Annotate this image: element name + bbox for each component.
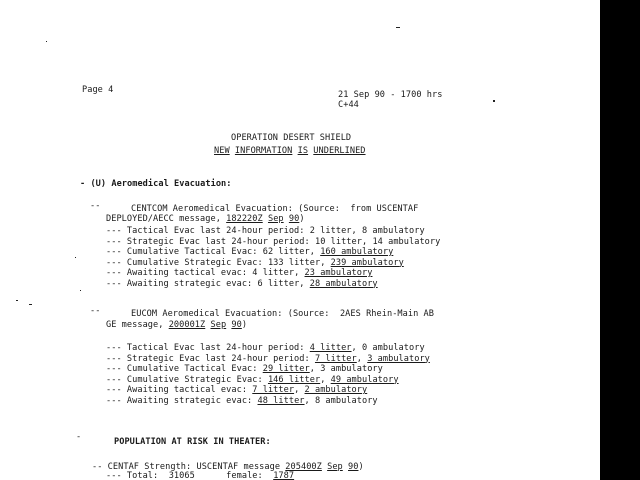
evac-stat-line: --- Cumulative Tactical Evac: 29 litter,… (106, 364, 383, 374)
ambulatory-count: 8 ambulatory (315, 396, 378, 406)
scan-speck (396, 27, 400, 28)
centaf-month: Sep (327, 462, 343, 472)
ambulatory-count: 3 ambulatory (320, 364, 383, 374)
source-year: 90 (289, 214, 299, 224)
ambulatory-count: 28 ambulatory (310, 279, 378, 289)
ambulatory-count: 23 ambulatory (305, 268, 373, 278)
centaf-close: ) (358, 462, 363, 472)
evac-stat-label: --- Strategic Evac last 24-hour period: (106, 354, 315, 364)
subtitle-word: INFORMATION (235, 146, 292, 156)
total-value: 31065 (169, 471, 195, 480)
litter-count: 62 litter (263, 247, 310, 257)
eucom-bullet: -- (90, 306, 100, 316)
source-close: ) (242, 320, 247, 330)
ambulatory-count: 0 ambulatory (362, 343, 425, 353)
evac-stat-line: --- Awaiting tactical evac: 4 litter, 23… (106, 268, 372, 278)
separator: , (320, 375, 330, 385)
source-year: 90 (231, 320, 241, 330)
total-label: --- Total: (106, 471, 158, 480)
ambulatory-count: 3 ambulatory (367, 354, 430, 364)
evac-stat-line: --- Tactical Evac last 24-hour period: 2… (106, 226, 425, 236)
evac-stat-label: --- Strategic Evac last 24-hour period: (106, 237, 315, 247)
evac-stat-label: --- Awaiting strategic evac: (106, 396, 258, 406)
female-label: female: (226, 471, 263, 480)
litter-count: 29 litter (263, 364, 310, 374)
ambulatory-count: 2 ambulatory (305, 385, 368, 395)
litter-count: 6 litter (258, 279, 300, 289)
evac-stat-line: --- Tactical Evac last 24-hour period: 4… (106, 343, 425, 353)
report-datetime: 21 Sep 90 - 1700 hrs (338, 90, 442, 100)
litter-count: 10 litter (315, 237, 362, 247)
litter-count: 7 litter (315, 354, 357, 364)
subtitle-word: UNDERLINED (313, 146, 365, 156)
scan-speck (80, 290, 81, 291)
litter-count: 146 litter (268, 375, 320, 385)
evac-stat-label: --- Awaiting strategic evac: (106, 279, 258, 289)
source-text: DEPLOYED/AECC message, (106, 214, 226, 224)
separator: , (294, 385, 304, 395)
scan-speck (46, 41, 47, 42)
page-number: Page 4 (82, 85, 113, 95)
evac-stat-line: --- Strategic Evac last 24-hour period: … (106, 354, 430, 364)
source-month: Sep (211, 320, 227, 330)
source-close: ) (299, 214, 304, 224)
ambulatory-count: 160 ambulatory (320, 247, 393, 257)
document-page: Page 4 21 Sep 90 - 1700 hrs C+44 OPERATI… (0, 0, 600, 480)
evac-stat-label: --- Cumulative Strategic Evac: (106, 375, 268, 385)
ambulatory-count: 8 ambulatory (362, 226, 425, 236)
separator: , (357, 354, 367, 364)
separator: , (294, 268, 304, 278)
litter-count: 133 litter (268, 258, 320, 268)
scan-speck (493, 100, 495, 102)
separator: , (352, 343, 362, 353)
evac-stat-line: --- Cumulative Tactical Evac: 62 litter,… (106, 247, 393, 257)
scan-border (600, 0, 640, 480)
evac-stat-label: --- Awaiting tactical evac: (106, 268, 252, 278)
ambulatory-count: 14 ambulatory (372, 237, 440, 247)
eucom-intro: EUCOM Aeromedical Evacuation: (Source: 2… (131, 309, 434, 319)
evac-stat-line: --- Awaiting strategic evac: 6 litter, 2… (106, 279, 378, 289)
c-day-label: C+44 (338, 100, 359, 110)
centcom-bullet: -- (90, 201, 100, 211)
litter-count: 48 litter (258, 396, 305, 406)
scan-speck (16, 300, 18, 301)
source-text: GE message, (106, 320, 169, 330)
population-bullet: - (76, 432, 81, 442)
evac-stat-label: --- Tactical Evac last 24-hour period: (106, 226, 310, 236)
scan-speck (75, 257, 76, 258)
section-heading-aeromedical: - (U) Aeromedical Evacuation: (80, 179, 232, 189)
population-heading: POPULATION AT RISK IN THEATER: (114, 437, 271, 447)
litter-count: 7 litter (252, 385, 294, 395)
centcom-source-line: DEPLOYED/AECC message, 182220Z Sep 90) (106, 214, 305, 224)
eucom-source-line: GE message, 200001Z Sep 90) (106, 320, 247, 330)
centcom-intro: CENTCOM Aeromedical Evacuation: (Source:… (131, 204, 418, 214)
separator: , (310, 364, 320, 374)
separator: , (362, 237, 372, 247)
document-title: OPERATION DESERT SHIELD (231, 133, 351, 143)
document-subtitle: NEW INFORMATION IS UNDERLINED (214, 146, 366, 156)
subtitle-word: NEW (214, 146, 230, 156)
source-month: Sep (268, 214, 284, 224)
evac-stat-line: --- Awaiting tactical evac: 7 litter, 2 … (106, 385, 367, 395)
evac-stat-line: --- Cumulative Strategic Evac: 146 litte… (106, 375, 399, 385)
centaf-year: 90 (348, 462, 358, 472)
evac-stat-label: --- Cumulative Tactical Evac: (106, 364, 263, 374)
source-dtg: 182220Z (226, 214, 263, 224)
evac-stat-label: --- Cumulative Strategic Evac: (106, 258, 268, 268)
evac-stat-label: --- Tactical Evac last 24-hour period: (106, 343, 310, 353)
litter-count: 4 litter (310, 343, 352, 353)
ambulatory-count: 239 ambulatory (331, 258, 404, 268)
separator: , (299, 279, 309, 289)
evac-stat-line: --- Awaiting strategic evac: 48 litter, … (106, 396, 378, 406)
evac-stat-label: --- Awaiting tactical evac: (106, 385, 252, 395)
evac-stat-line: --- Cumulative Strategic Evac: 133 litte… (106, 258, 404, 268)
female-value: 1787 (273, 471, 294, 480)
separator: , (305, 396, 315, 406)
separator: , (320, 258, 330, 268)
total-line: --- Total: 31065 female: 1787 (106, 471, 294, 480)
evac-stat-line: --- Strategic Evac last 24-hour period: … (106, 237, 440, 247)
source-dtg: 200001Z (169, 320, 206, 330)
ambulatory-count: 49 ambulatory (331, 375, 399, 385)
separator: , (352, 226, 362, 236)
subtitle-word: IS (298, 146, 308, 156)
separator: , (310, 247, 320, 257)
litter-count: 4 litter (252, 268, 294, 278)
litter-count: 2 litter (310, 226, 352, 236)
evac-stat-label: --- Cumulative Tactical Evac: (106, 247, 263, 257)
scan-speck (29, 304, 32, 305)
